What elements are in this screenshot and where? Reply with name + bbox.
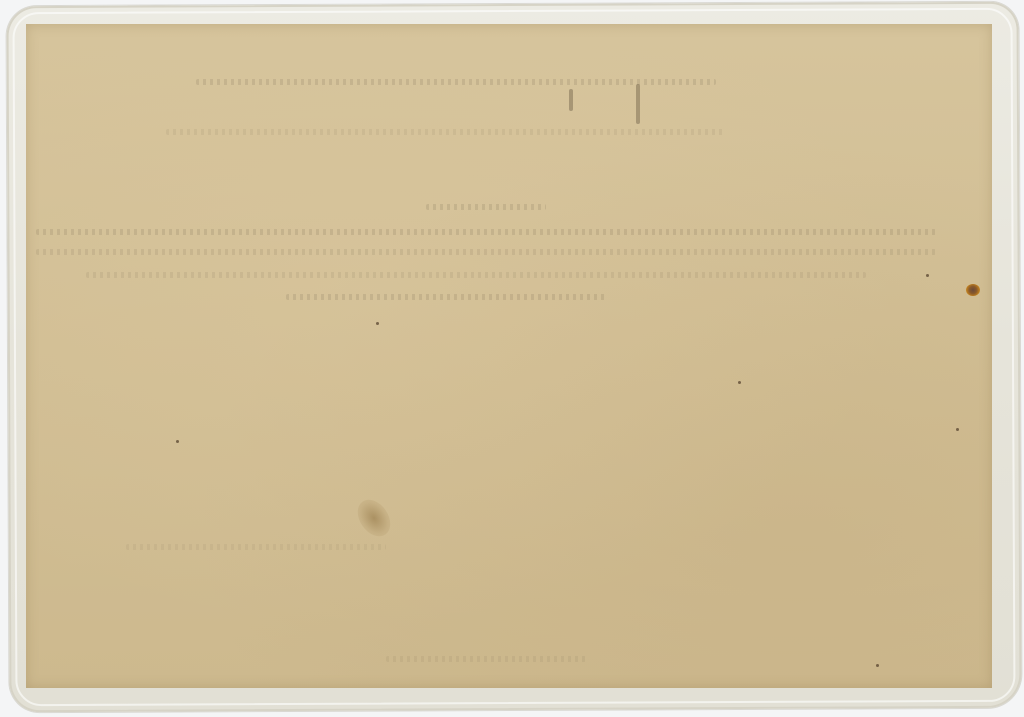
faint-mark <box>636 84 640 124</box>
speck <box>876 664 879 667</box>
faint-mark <box>569 89 573 111</box>
faint-text-line <box>386 656 586 662</box>
speck <box>926 274 929 277</box>
speck <box>176 440 179 443</box>
aged-paper <box>26 24 992 688</box>
faint-text-line <box>86 272 866 278</box>
faint-text-line <box>36 229 936 235</box>
faint-text-line <box>426 204 546 210</box>
faint-text-line <box>166 129 726 135</box>
faint-text-line <box>286 294 606 300</box>
rust-spot <box>966 284 980 296</box>
speck <box>738 381 741 384</box>
stain <box>351 494 397 543</box>
faint-text-line <box>126 544 386 550</box>
speck <box>376 322 379 325</box>
photo-scene <box>0 0 1024 717</box>
faint-text-line <box>36 249 936 255</box>
speck <box>956 428 959 431</box>
